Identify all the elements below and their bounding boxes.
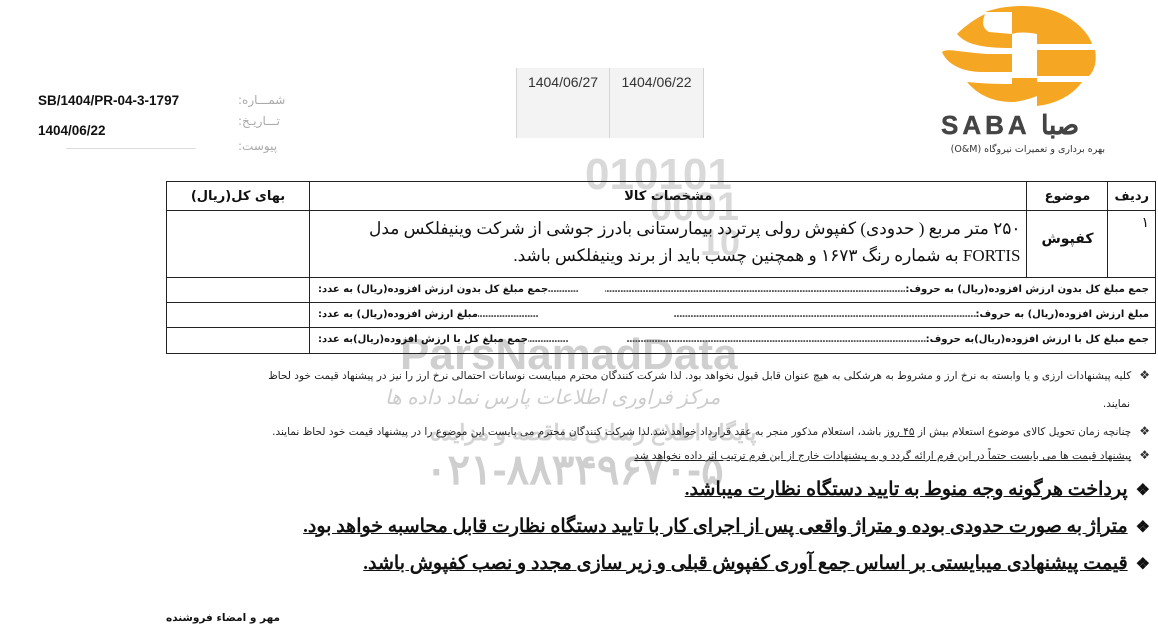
- sum-with-vat-cell[interactable]: جمع مبلغ کل با ارزش افزوده(ریال)به حروف:…: [310, 328, 1156, 354]
- bullet-icon: ❖: [1136, 556, 1150, 573]
- dotted-fill: ........................................…: [605, 284, 905, 295]
- note-text: پیشنهاد قیمت ها می بایست حتماً در این فر…: [634, 450, 1131, 462]
- dotted-fill: ........................................…: [596, 309, 976, 320]
- watermark-persian: مرکز فراوری اطلاعات پارس نماد داده ها: [385, 385, 720, 410]
- label-text: جمع مبلغ کل با ارزش افزوده(ریال)به عدد:: [318, 334, 528, 345]
- delivery-days: ۴۵ روز: [885, 426, 915, 438]
- row-spec-line-1: ۲۵۰ متر مربع ( حدودی) کفپوش رولی پرتردد …: [316, 211, 1020, 242]
- table-row: ۱ کفپوش ۲۵۰ متر مربع ( حدودی) کفپوش رولی…: [167, 211, 1156, 278]
- dotted-fill: ........................................…: [548, 284, 578, 295]
- dotted-fill: ........................................…: [478, 309, 538, 320]
- sum-with-vat-words-label: جمع مبلغ کل با ارزش افزوده(ریال)به حروف:…: [626, 334, 1149, 345]
- bullet-icon: ❖: [1136, 482, 1150, 499]
- sum-row-vat: مبلغ ارزش افزوده(ریال) به حروف:.........…: [167, 303, 1156, 328]
- note-currency-continuation: نمایند.: [1103, 398, 1130, 410]
- row-price-cell[interactable]: [167, 211, 310, 278]
- vat-digits-label: ........................................…: [318, 309, 538, 320]
- table-header-row: ردیف موضوع مشخصات کالا بهای کل(ریال): [167, 182, 1156, 211]
- note-price-basis: ❖قیمت پیشنهادی میبایستی بر اساس جمع آوری…: [363, 552, 1150, 575]
- label-text: جمع مبلغ کل بدون ارزش افزوده(ریال) به حر…: [905, 284, 1149, 295]
- bullet-icon: ❖: [1136, 519, 1150, 536]
- sum-without-vat-cell[interactable]: جمع مبلغ کل بدون ارزش افزوده(ریال) به حر…: [310, 278, 1156, 303]
- dotted-fill: ........................................…: [528, 334, 568, 345]
- sum-without-vat-words-label: جمع مبلغ کل بدون ارزش افزوده(ریال) به حر…: [605, 284, 1149, 295]
- letter-number-row: SB/1404/PR-04-3-1797 شمـــاره:: [38, 90, 298, 110]
- items-table: ردیف موضوع مشخصات کالا بهای کل(ریال) ۱ ک…: [166, 181, 1156, 354]
- label-text: جمع مبلغ کل با ارزش افزوده(ریال)به حروف:: [926, 334, 1149, 345]
- letter-number-label: شمـــاره:: [238, 93, 285, 107]
- header-row-number: ردیف: [1108, 182, 1156, 211]
- logo-wordmark: SABA صبا: [905, 110, 1115, 141]
- vat-words-label: مبلغ ارزش افزوده(ریال) به حروف:.........…: [596, 309, 1149, 320]
- sum-without-vat-value[interactable]: [167, 278, 310, 303]
- bullet-icon: ❖: [1139, 368, 1150, 382]
- note-text: نمایند.: [1103, 398, 1130, 410]
- row-spec-line-2: FORTIS به شماره رنگ ۱۶۷۳ و همچنین چسب با…: [316, 242, 1020, 269]
- note-text: باشد، استعلام مذکور منجر به عقد قرارداد …: [272, 426, 885, 438]
- letter-attachment-label: پیوست:: [238, 139, 277, 153]
- date-boxes: 1404/06/27 1404/06/22: [516, 68, 704, 138]
- header-price: بهای کل(ریال): [167, 182, 310, 211]
- note-text: پرداخت هرگونه وجه منوط به تایید دستگاه ن…: [685, 479, 1128, 500]
- saba-logo: SABA صبا بهره برداری و تعمیرات نیروگاه (…: [905, 4, 1115, 154]
- label-text: جمع مبلغ کل بدون ارزش افزوده(ریال) به عد…: [318, 284, 548, 295]
- logo-brand-latin: SABA: [941, 110, 1031, 140]
- logo-brand-persian: صبا: [1041, 110, 1079, 140]
- sum-with-vat-digits-label: ........................................…: [318, 334, 568, 345]
- label-text: مبلغ ارزش افزوده(ریال) به عدد:: [318, 309, 478, 320]
- dotted-fill: ........................................…: [626, 334, 926, 345]
- seller-signature-label: مهر و امضاء فروشنده: [166, 612, 280, 624]
- row-number: ۱: [1108, 211, 1156, 278]
- note-text: قیمت پیشنهادی میبایستی بر اساس جمع آوری …: [363, 553, 1127, 574]
- note-text: متراژ به صورت حدودی بوده و متراژ واقعی پ…: [303, 516, 1128, 537]
- header-spec: مشخصات کالا: [310, 182, 1027, 211]
- deadline-date-box: 1404/06/27: [516, 68, 610, 138]
- note-text: چنانچه زمان تحویل کالای موضوع استعلام بی…: [915, 426, 1132, 438]
- saba-globe-icon: [927, 4, 1097, 109]
- note-currency: ❖کلیه پیشنهادات ارزی و یا وابسته به نرخ …: [268, 368, 1150, 382]
- letter-number-value: SB/1404/PR-04-3-1797: [38, 93, 179, 108]
- vat-cell[interactable]: مبلغ ارزش افزوده(ریال) به حروف:.........…: [310, 303, 1156, 328]
- sum-row-with-vat: جمع مبلغ کل با ارزش افزوده(ریال)به حروف:…: [167, 328, 1156, 354]
- label-text: مبلغ ارزش افزوده(ریال) به حروف:: [976, 309, 1149, 320]
- sum-row-without-vat: جمع مبلغ کل بدون ارزش افزوده(ریال) به حر…: [167, 278, 1156, 303]
- attachment-line: [66, 148, 196, 149]
- bullet-icon: ❖: [1139, 448, 1150, 462]
- logo-subtitle: بهره برداری و تعمیرات نیروگاه (O&M): [905, 144, 1105, 155]
- note-text: کلیه پیشنهادات ارزی و یا وابسته به نرخ ا…: [268, 370, 1131, 382]
- row-subject-cell: کفپوش: [1027, 211, 1108, 278]
- note-area: ❖متراژ به صورت حدودی بوده و متراژ واقعی …: [303, 515, 1150, 538]
- letter-attachment-row: پیوست:: [38, 136, 298, 156]
- sum-without-vat-digits-label: ........................................…: [318, 284, 578, 295]
- note-form-required: ❖پیشنهاد قیمت ها می بایست حتماً در این ف…: [634, 448, 1150, 462]
- bullet-icon: ❖: [1139, 424, 1150, 438]
- note-delivery: ❖چنانچه زمان تحویل کالای موضوع استعلام ب…: [272, 424, 1150, 438]
- note-payment: ❖پرداخت هرگونه وجه منوط به تایید دستگاه …: [685, 478, 1150, 501]
- row-spec-cell: ۲۵۰ متر مربع ( حدودی) کفپوش رولی پرتردد …: [310, 211, 1027, 278]
- sum-with-vat-value[interactable]: [167, 328, 310, 354]
- row-subject: کفپوش: [1033, 231, 1101, 247]
- letter-date-label: تـــاریـخ:: [238, 114, 280, 128]
- vat-value[interactable]: [167, 303, 310, 328]
- issue-date-box: 1404/06/22: [610, 68, 704, 138]
- header-subject: موضوع: [1027, 182, 1108, 211]
